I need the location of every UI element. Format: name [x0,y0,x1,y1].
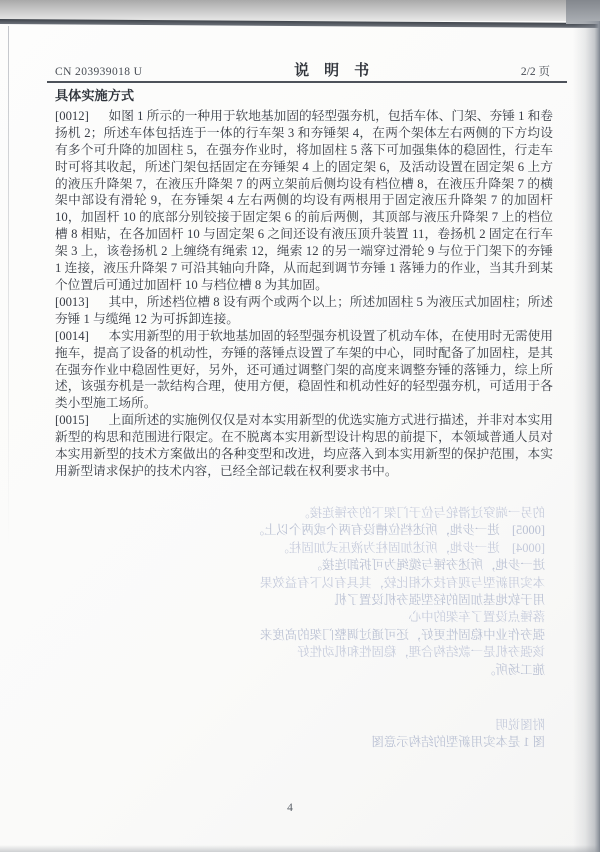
bleedthrough-text: 的另一端穿过滑轮与位于门架下的夯锤连接。 [0005] 进一步地，所述档位槽设有… [50,505,550,752]
bleedthrough-line: 用于软地基加固的轻型强夯机设置了机 [50,592,550,609]
section-heading: 具体实施方式 [55,88,553,105]
header-rule [47,81,567,83]
paragraph-text: 其中，所述档位槽 8 设有两个或两个以上；所述加固柱 5 为液压式加固柱；所述夯… [55,295,553,326]
bleedthrough-line: 施工场所。 [50,662,550,679]
bleedthrough-line: [0005] 进一步地，所述档位槽设有两个或两个以上。 [50,522,550,539]
page-left-fold-line [8,26,9,546]
page-bottom-shadow [0,845,600,852]
paragraph-text: 如图 1 所示的一种用于软地基加固的轻型强夯机，包括车体、门架、夯锤 1 和卷扬… [55,109,553,292]
bleedthrough-line: 图 1 是本实用新型的结构示意图 [50,734,550,751]
paragraph-0012: [0012]如图 1 所示的一种用于软地基加固的轻型强夯机，包括车体、门架、夯锤… [55,108,553,294]
bleedthrough-line: 本实用新型与现有技术相比较，其具有以下有益效果 [50,575,550,592]
page-header: CN 203939018 U 说 明 书 2/2 页 [55,59,550,80]
bleedthrough-line: 附图说明 [50,717,550,734]
bleedthrough-line: 落锤点设置了车架的中心 [50,609,550,626]
scanner-top-edge [0,0,600,21]
document-body: 具体实施方式 [0012]如图 1 所示的一种用于软地基加固的轻型强夯机，包括车… [55,88,553,480]
page-number: 4 [0,802,580,814]
bleedthrough-line: 的另一端穿过滑轮与位于门架下的夯锤连接。 [50,505,550,522]
scanned-patent-page: CN 203939018 U 说 明 书 2/2 页 具体实施方式 [0012]… [0,0,600,852]
paragraph-text: 上面所述的实施例仅仅是对本实用新型的优选实施方式进行描述，并非对本实用新型的构思… [55,413,553,478]
paragraph-0014: [0014]本实用新型的用于软地基加固的轻型强夯机设置了机动车体，在使用时无需使… [55,328,553,413]
paragraph-tag: [0014] [55,329,89,343]
bleedthrough-line: 进一步地，所述夯锤与缆绳为可拆卸连接。 [50,557,550,574]
page-indicator: 2/2 页 [521,63,550,79]
paragraph-tag: [0012] [55,109,89,123]
paragraph-text: 本实用新型的用于软地基加固的轻型强夯机设置了机动车体，在使用时无需使用拖车，提高… [55,329,553,411]
bleedthrough-line: 强夯作业中稳固性更好，还可通过调整门架的高度来 [50,627,550,644]
document-title: 说 明 书 [142,59,521,80]
bleedthrough-line: 该强夯机是一款结构合理，稳固性和机动性好 [50,644,550,661]
paragraph-0013: [0013]其中，所述档位槽 8 设有两个或两个以上；所述加固柱 5 为液压式加… [55,294,553,328]
paragraph-tag: [0013] [55,295,89,309]
page-right-edge-shadow [573,21,600,852]
paragraph-0015: [0015]上面所述的实施例仅仅是对本实用新型的优选实施方式进行描述，并非对本实… [55,412,553,480]
paragraph-tag: [0015] [55,413,89,427]
bleedthrough-line: [0004] 进一步地，所述加固柱为液压式加固柱。 [50,540,550,557]
document-number: CN 203939018 U [55,66,142,78]
